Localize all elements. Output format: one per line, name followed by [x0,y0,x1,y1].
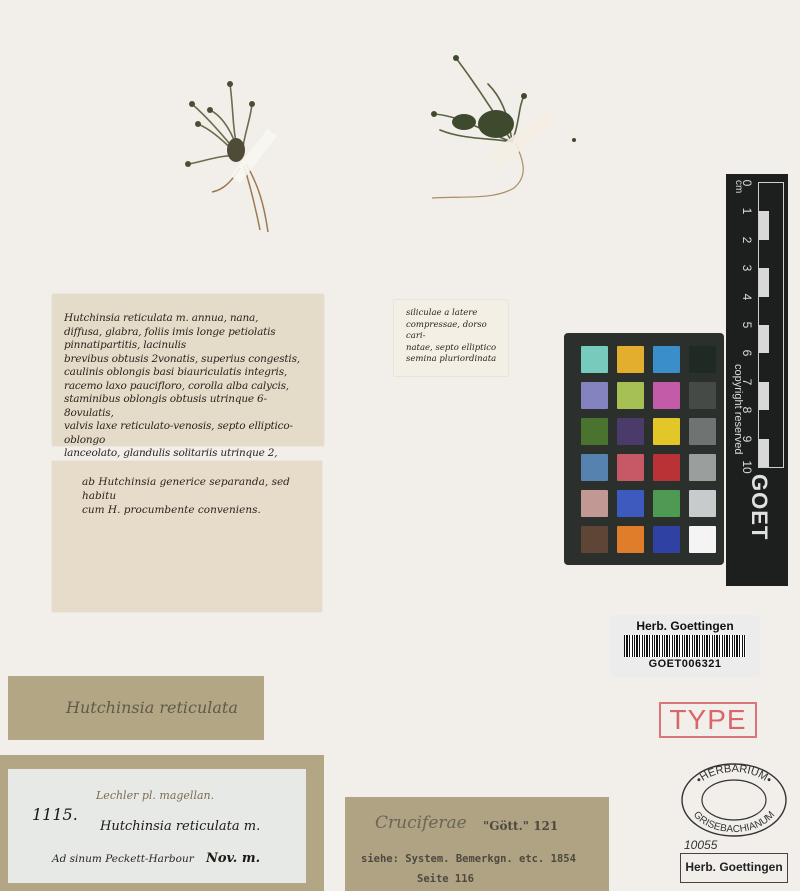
color-swatch [653,454,680,481]
ruler-tick-label: 6 [740,346,754,360]
dried-plant-icon [172,64,288,236]
note-line: siliculae a latere [406,308,504,320]
barcode-label: Herb. Goettingen GOET006321 [610,615,760,677]
ruler-tick-label: 0 [740,176,754,190]
note-line: compressae, dorso cari- [406,320,504,343]
ruler-segment [759,183,769,211]
color-swatch [653,346,680,373]
oval-stamp-icon: •HERBARIUM• GRISEBACHIANUM [680,762,788,838]
ruler-tick-label: 5 [740,318,754,332]
ruler-segment [759,211,769,239]
ruler-tick-label: 3 [740,261,754,275]
note-line: staminibus oblongis obtusis utrinque 6-8… [64,393,314,420]
copyright-text: copyright reserved [732,364,744,455]
note-line: semina pluriordinata [406,354,504,366]
ruler-segment [759,297,769,325]
color-swatch [689,418,716,445]
specimen-plant-left [172,64,288,236]
barcode-number: GOET006321 [610,658,760,670]
date-line: Nov. m. [206,851,260,866]
color-swatch [581,346,608,373]
goet-logo: GOET [746,474,772,540]
ruler-segment [759,240,769,268]
scale-ruler: cm 012345678910 copyright reserved GOET [726,174,788,586]
ruler-tick-label: 2 [740,233,754,247]
color-calibration-chart [564,333,724,565]
accession-number: 10055 [684,838,717,852]
color-swatch [617,490,644,517]
ruler-segment [759,353,769,381]
ruler-tick-label: 10 [740,460,754,474]
ruler-tick-label: 1 [740,204,754,218]
color-swatch [653,490,680,517]
description-label: Hutchinsia reticulata m. annua, nana, di… [52,294,324,446]
ruler-segment [759,410,769,438]
svg-text:GRISEBACHIANUM: GRISEBACHIANUM [691,809,777,835]
svg-text:•HERBARIUM•: •HERBARIUM• [694,763,774,786]
herbarium-grisebachianum-stamp: •HERBARIUM• GRISEBACHIANUM [680,762,788,838]
taxon-line: Hutchinsia reticulata m. [100,819,260,834]
family-name: Cruciferae [375,813,467,833]
color-swatch [689,382,716,409]
note-line: caulinis oblongis basi biauriculatis int… [64,366,314,380]
taxon-name: Hutchinsia reticulata [66,698,238,717]
fruit-note-label: siliculae a latere compressae, dorso car… [394,300,508,376]
dried-plant-icon [424,52,600,208]
collection-label-card: 1115. Lechler pl. magellan. Hutchinsia r… [8,769,306,883]
collection-label: 1115. Lechler pl. magellan. Hutchinsia r… [0,755,324,891]
color-swatch [689,454,716,481]
color-swatch [689,346,716,373]
ruler-scale [758,182,784,468]
color-swatch [581,526,608,553]
color-swatch [689,526,716,553]
color-swatch [617,418,644,445]
note-line: natae, septo elliptico [406,343,504,355]
color-swatch [581,490,608,517]
locality-line: Ad sinum Peckett-Harbour [52,853,194,865]
color-swatch [617,346,644,373]
color-swatch [617,382,644,409]
ruler-tick-label: 4 [740,290,754,304]
note-line: Hutchinsia reticulata m. annua, nana, [64,312,314,326]
color-swatch [689,490,716,517]
ruler-segment [759,325,769,353]
note-line: brevibus obtusis 2vonatis, superius cong… [64,353,314,367]
specimen-plant-right [424,52,600,208]
type-stamp: TYPE [659,702,757,738]
determination-label: Hutchinsia reticulata [8,676,264,740]
color-swatch [581,382,608,409]
color-swatch [617,526,644,553]
literature-ref: siehe: System. Bemerkgn. etc. 1854 [361,853,576,865]
color-swatch [653,382,680,409]
collector-line: Lechler pl. magellan. [96,789,214,802]
ruler-segment [759,382,769,410]
note-line: cum H. procumbente conveniens. [82,503,312,517]
color-swatch [653,526,680,553]
barcode-title: Herb. Goettingen [610,619,760,633]
color-swatch [581,454,608,481]
remark-label: ab Hutchinsia generice separanda, sed ha… [52,461,322,612]
herb-goettingen-box: Herb. Goettingen [680,853,788,883]
color-swatch [653,418,680,445]
note-line: diffusa, glabra, foliis imis longe petio… [64,326,314,353]
color-swatch [581,418,608,445]
collection-number: 1115. [32,805,78,824]
ruler-segment [759,439,769,467]
note-line: ab Hutchinsia generice separanda, sed ha… [82,475,312,503]
color-swatch [617,454,644,481]
herbarium-ref: "Gött." 121 [483,819,558,833]
note-line: racemo laxo paucifloro, corolla alba cal… [64,380,314,394]
barcode-icon [624,635,746,657]
family-label: Cruciferae "Gött." 121 siehe: System. Be… [345,797,609,891]
page-ref: Seite 116 [417,873,474,885]
note-line: valvis laxe reticulato-venosis, septo el… [64,420,314,447]
ruler-segment [759,268,769,296]
